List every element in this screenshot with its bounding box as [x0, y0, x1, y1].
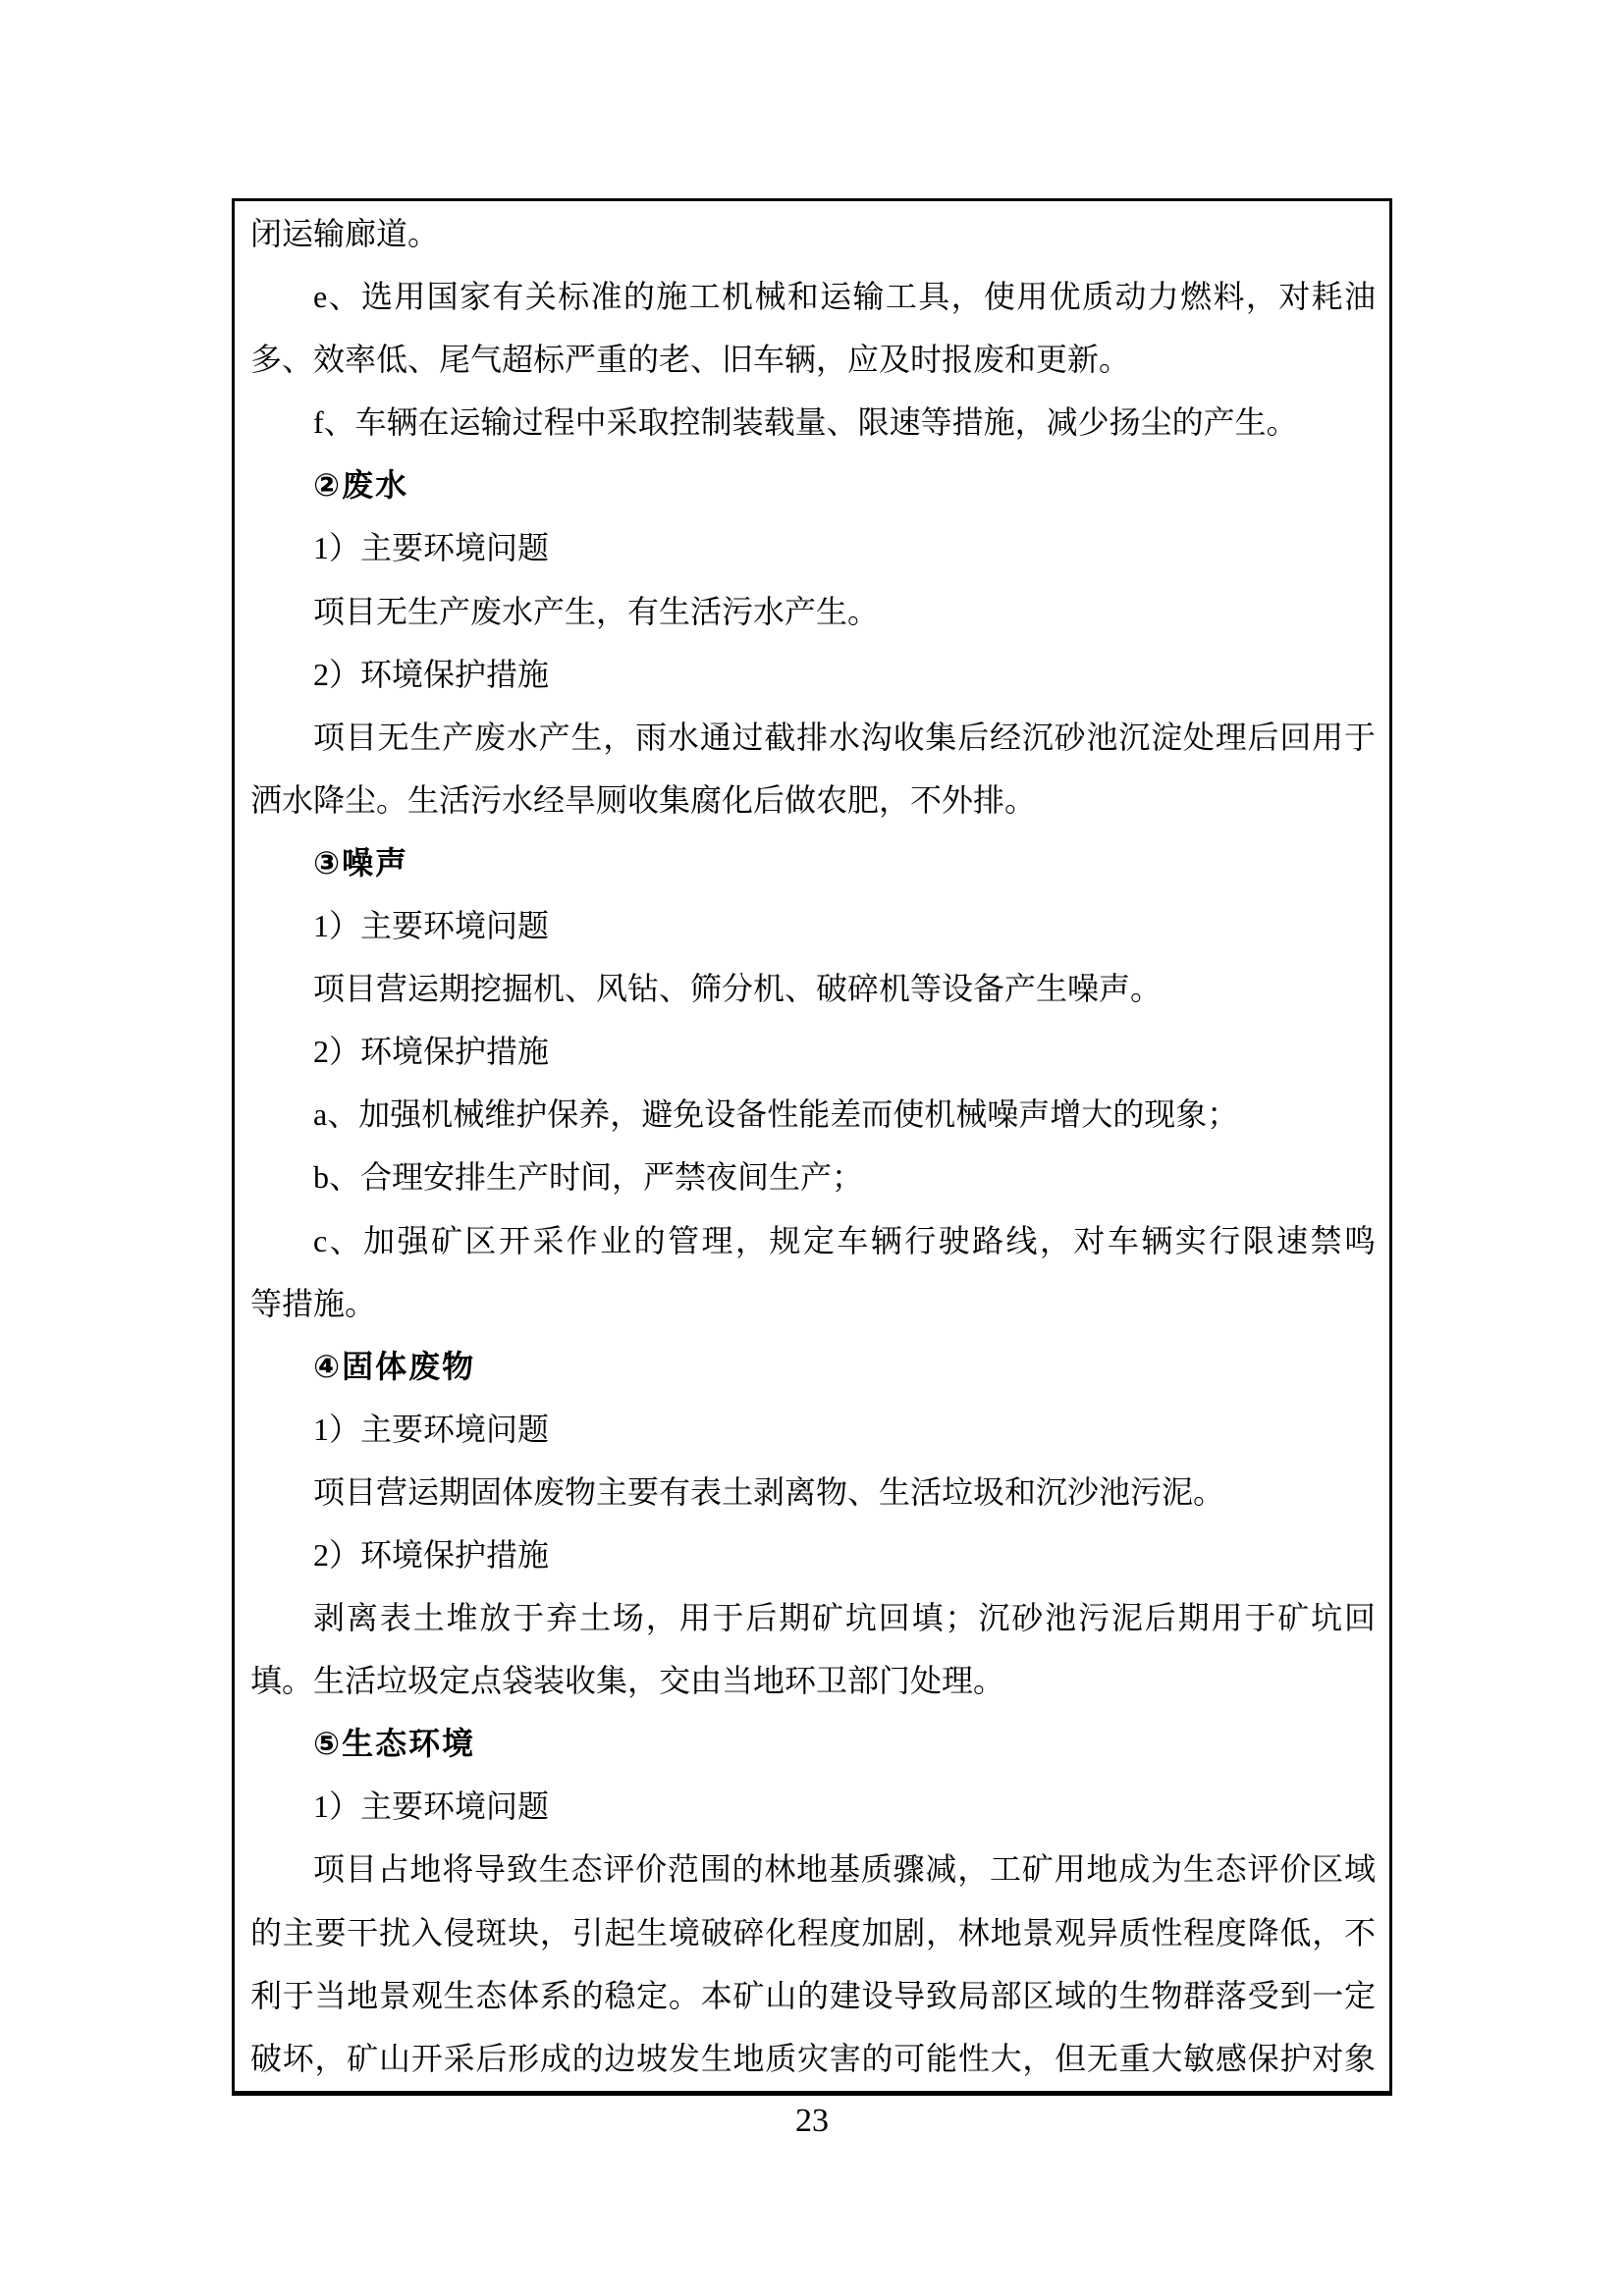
text-line: 洒水降尘。生活污水经旱厕收集腐化后做农肥，不外排。 [250, 769, 1376, 831]
text-line: ④固体废物 [250, 1335, 1376, 1398]
text-line: 剥离表土堆放于弃土场，用于后期矿坑回填；沉砂池污泥后期用于矿坑回 [250, 1586, 1376, 1649]
text-line: 2）环境保护措施 [250, 1523, 1376, 1586]
text-line: 1）主要环境问题 [250, 1398, 1376, 1461]
text-line: 1）主要环境问题 [250, 894, 1376, 957]
text-line: a、加强机械维护保养，避免设备性能差而使机械噪声增大的现象； [250, 1083, 1376, 1146]
text-line: 利于当地景观生态体系的稳定。本矿山的建设导致局部区域的生物群落受到一定 [250, 1964, 1376, 2027]
text-line: 项目占地将导致生态评价范围的林地基质骤减，工矿用地成为生态评价区域 [250, 1838, 1376, 1900]
text-line: 项目营运期挖掘机、风钻、筛分机、破碎机等设备产生噪声。 [250, 957, 1376, 1020]
text-line: 等措施。 [250, 1272, 1376, 1335]
page-number: 23 [232, 2100, 1392, 2143]
text-line: b、合理安排生产时间，严禁夜间生产； [250, 1146, 1376, 1208]
text-line: ③噪声 [250, 831, 1376, 894]
text-line: 闭运输廊道。 [250, 202, 1376, 265]
text-line: f、车辆在运输过程中采取控制装载量、限速等措施，减少扬尘的产生。 [250, 391, 1376, 454]
text-line: ⑤生态环境 [250, 1712, 1376, 1775]
document-text-block: 闭运输廊道。e、选用国家有关标准的施工机械和运输工具，使用优质动力燃料，对耗油多… [232, 198, 1392, 2096]
text-line: 破坏，矿山开采后形成的边坡发生地质灾害的可能性大，但无重大敏感保护对象 [250, 2027, 1376, 2090]
text-line: 2）环境保护措施 [250, 1020, 1376, 1083]
text-line: 1）主要环境问题 [250, 1775, 1376, 1838]
text-line: ②废水 [250, 454, 1376, 516]
text-line: c、加强矿区开采作业的管理，规定车辆行驶路线，对车辆实行限速禁鸣 [250, 1209, 1376, 1272]
text-line: 项目营运期固体废物主要有表土剥离物、生活垃圾和沉沙池污泥。 [250, 1461, 1376, 1523]
document-lines: 闭运输廊道。e、选用国家有关标准的施工机械和运输工具，使用优质动力燃料，对耗油多… [250, 202, 1376, 2090]
text-line: e、选用国家有关标准的施工机械和运输工具，使用优质动力燃料，对耗油 [250, 265, 1376, 328]
text-line: 填。生活垃圾定点袋装收集，交由当地环卫部门处理。 [250, 1649, 1376, 1712]
text-line: 2）环境保护措施 [250, 643, 1376, 706]
text-line: 项目无生产废水产生，有生活污水产生。 [250, 580, 1376, 643]
text-line: 1）主要环境问题 [250, 516, 1376, 579]
text-line: 多、效率低、尾气超标严重的老、旧车辆，应及时报废和更新。 [250, 328, 1376, 391]
text-line: 项目无生产废水产生，雨水通过截排水沟收集后经沉砂池沉淀处理后回用于 [250, 706, 1376, 769]
text-line: 的主要干扰入侵斑块，引起生境破碎化程度加剧，林地景观异质性程度降低，不 [250, 1901, 1376, 1964]
